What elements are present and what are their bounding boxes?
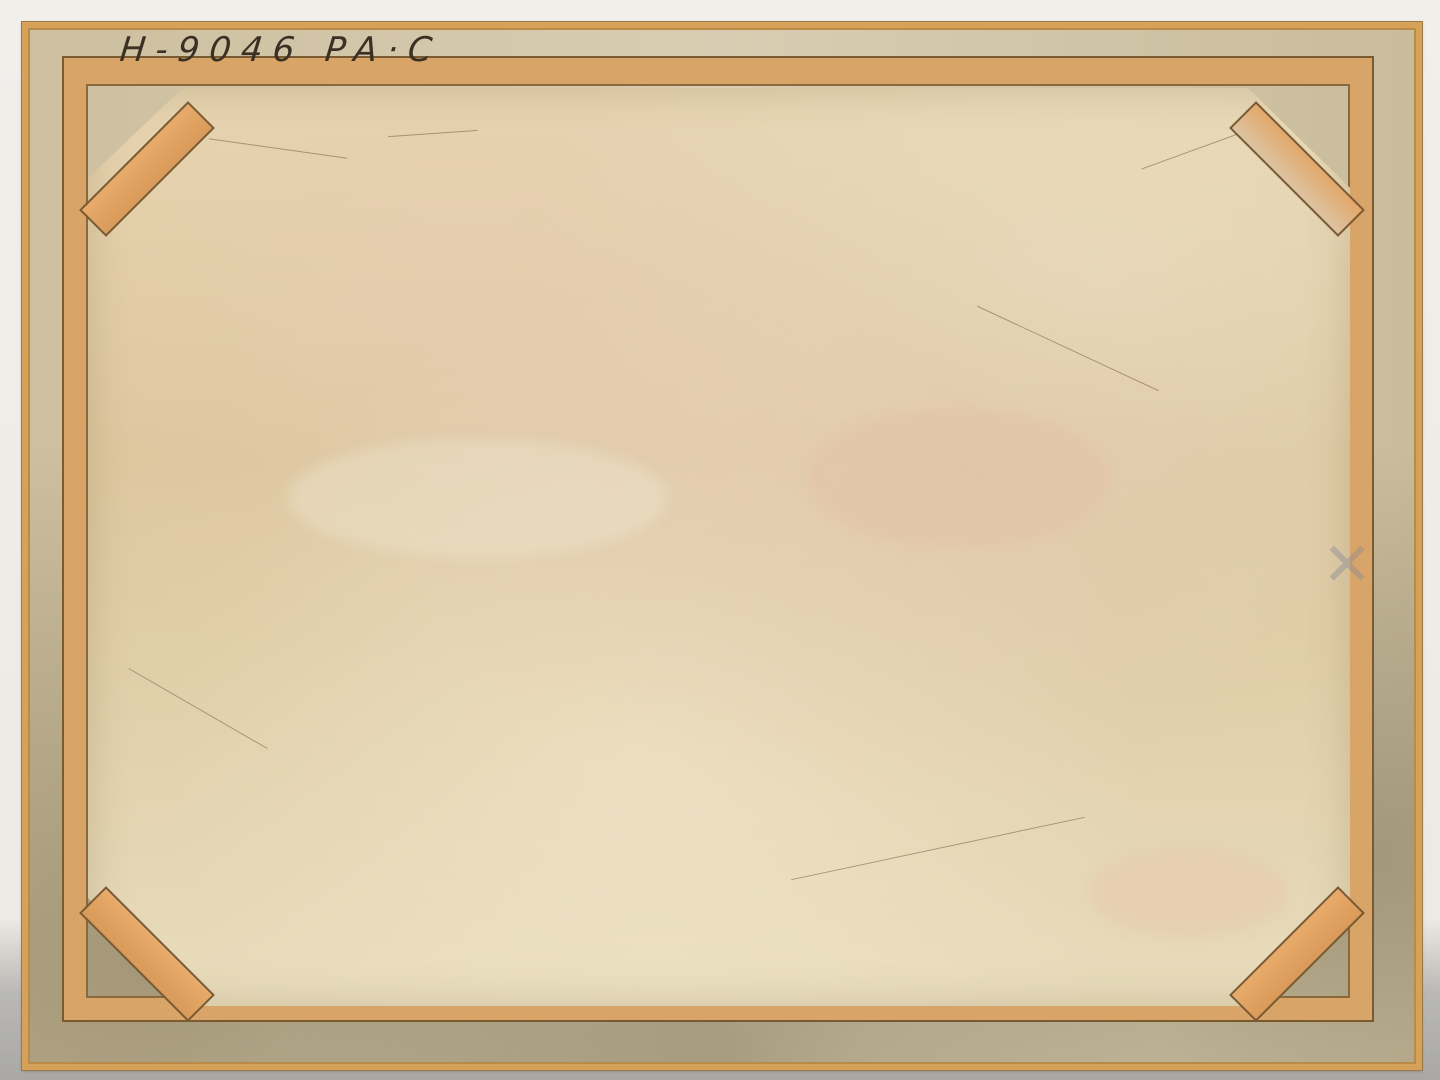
paint-show-through <box>808 408 1108 548</box>
canvas-crack <box>791 817 1085 880</box>
light-patch <box>288 438 668 558</box>
canvas-crack <box>209 138 348 158</box>
paint-show-through <box>1088 848 1288 938</box>
handwritten-inscription: H-9046 PA·C <box>118 30 444 70</box>
canvas-crack <box>388 130 478 137</box>
photo-scene: H-9046 PA·C ✕ <box>0 0 1440 1080</box>
canvas-crack <box>128 668 267 749</box>
canvas-back <box>88 88 1350 1006</box>
faint-x-mark: ✕ <box>1322 530 1372 600</box>
canvas-crack <box>977 306 1159 391</box>
